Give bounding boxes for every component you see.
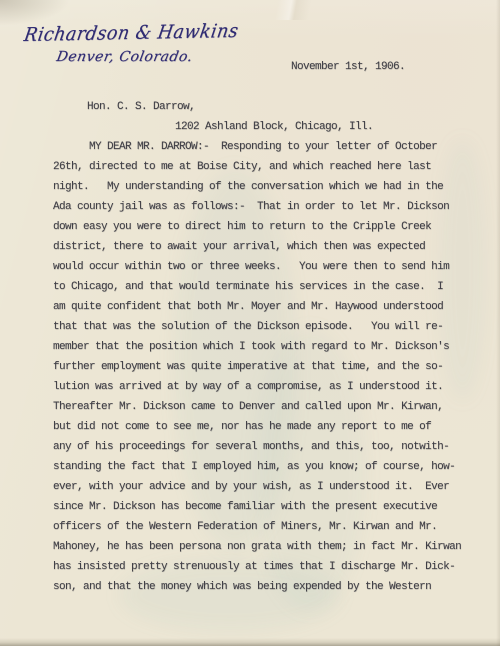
letter-line: lution was arrived at by way of a compro… xyxy=(53,377,473,397)
paper-edge-shadow xyxy=(0,0,70,26)
letter-line: am quite confident that both Mr. Moyer a… xyxy=(53,297,473,317)
letter-line: would occur within two or three weeks. Y… xyxy=(53,257,473,277)
letter-line: member that the position which I took wi… xyxy=(53,337,473,357)
letter-line: that that was the solution of the Dickso… xyxy=(53,317,473,337)
letter-line: Ada county jail was as follows:- That in… xyxy=(53,197,473,217)
letter-body: Hon. C. S. Darrow, 1202 Ashland Block, C… xyxy=(53,97,473,597)
letter-line: night. My understanding of the conversat… xyxy=(53,177,473,197)
letter-page: Richardson & Hawkins Denver, Colorado. N… xyxy=(0,0,500,646)
letter-line: has insisted pretty strenuously at times… xyxy=(53,557,473,577)
letter-line: further employment was quite imperative … xyxy=(53,357,473,377)
letter-line: since Mr. Dickson has become familiar wi… xyxy=(53,497,473,517)
letter-line: Thereafter Mr. Dickson came to Denver an… xyxy=(53,397,473,417)
recipient-address: 1202 Ashland Block, Chicago, Ill. xyxy=(53,117,473,137)
letter-line: standing the fact that I employed him, a… xyxy=(53,457,473,477)
letter-line: son, and that the money which was being … xyxy=(53,577,473,597)
letter-line: officers of the Western Federation of Mi… xyxy=(53,517,473,537)
recipient-name: Hon. C. S. Darrow, xyxy=(53,97,473,117)
letter-line: 26th, directed to me at Boise City, and … xyxy=(53,157,473,177)
letter-line: any of his proceedings for several month… xyxy=(53,437,473,457)
letterhead-location: Denver, Colorado. xyxy=(55,49,258,65)
letterhead: Richardson & Hawkins Denver, Colorado. xyxy=(26,24,258,65)
letter-line: down easy you were to direct him to retu… xyxy=(53,217,473,237)
letter-line: Mahoney, he has been persona non grata w… xyxy=(53,537,473,557)
letter-line: MY DEAR MR. DARROW:- Responding to your … xyxy=(53,137,473,157)
letter-line: to Chicago, and that would terminate his… xyxy=(53,277,473,297)
letter-line: district, there to await your arrival, w… xyxy=(53,237,473,257)
paper-crease xyxy=(225,0,355,20)
letter-date: November 1st, 1906. xyxy=(291,61,405,73)
letter-line: but did not come to see me, nor has he m… xyxy=(53,417,473,437)
paper-edge-shadow xyxy=(0,638,500,646)
paper-edge-shadow xyxy=(496,0,500,646)
letterhead-company-name: Richardson & Hawkins xyxy=(22,20,240,46)
letter-line: ever, with your advice and by your wish,… xyxy=(53,477,473,497)
